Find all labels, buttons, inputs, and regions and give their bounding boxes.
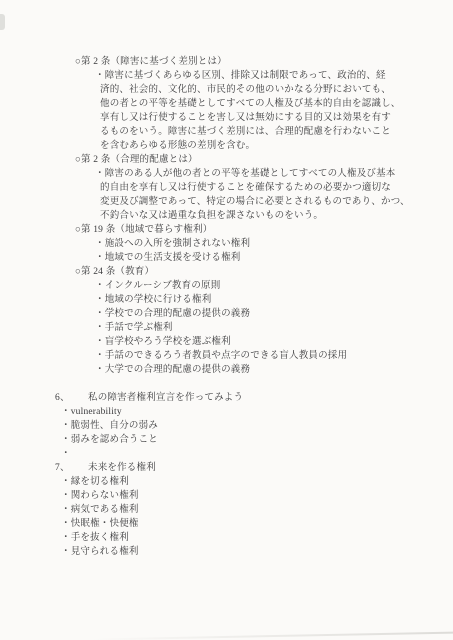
clause-text-line: 変更及び調整であって、特定の場合に必要とされるものであり、かつ、: [75, 195, 425, 209]
scanned-document-page: ○第 2 条（障害に基づく差別とは） ・障害に基づくあらゆる区別、排除又は制限で…: [0, 0, 453, 640]
section-bullet-line: ・手を抜く権利: [55, 531, 425, 545]
clause-text-line: を含むあらゆる形態の差別を含む。: [75, 139, 425, 153]
clause-text-line: 的自由を享有し又は行使することを確保するための必要かつ適切な: [75, 181, 425, 195]
clause-text-line: 他の者との平等を基礎としてすべての人権及び基本的自由を認識し、: [75, 97, 425, 111]
scan-artifact-left-edge: [0, 14, 5, 30]
clause-bullet-line: ・大学での合理的配慮の提供の義務: [75, 363, 425, 377]
section-bullet-line: ・病気である権利: [55, 503, 425, 517]
section-bullet-line: ・脆弱性、自分の弱み: [55, 419, 425, 433]
clause-bullet-line: ・地域での生活支援を受ける権利: [75, 251, 425, 265]
section-title: 私の障害者権利宣言を作ってみよう: [88, 393, 243, 403]
clause-text-line: 不釣合いな又は過重な負担を課さないものをいう。: [75, 209, 425, 223]
section-7-rights-to-make-future: 7、未来を作る権利 ・縁を切る権利 ・関わらない権利 ・病気である権利 ・快眠権…: [55, 461, 425, 559]
section-bullet-line: ・快眠権・快便権: [55, 517, 425, 531]
clause-text-line: 済的、社会的、文化的、市民的その他のいかなる分野においても、: [75, 83, 425, 97]
clause-bullet-line: ・手話のできるろう者教員や点字のできる盲人教員の採用: [75, 349, 425, 363]
section-number: 6、: [55, 391, 88, 405]
clause-bullet-line: ・インクルーシブ教育の原則: [75, 279, 425, 293]
clause-bullet-line: ・地域の学校に行ける権利: [75, 293, 425, 307]
section-bullet-line: ・弱みを認め合うこと: [55, 433, 425, 447]
section-bullet-line: ・見守られる権利: [55, 545, 425, 559]
clause-article-19-community-living: ○第 19 条（地域で暮らす権利） ・施設への入所を強制されない権利 ・地域での…: [55, 223, 425, 265]
clause-article-2-discrimination: ○第 2 条（障害に基づく差別とは） ・障害に基づくあらゆる区別、排除又は制限で…: [55, 55, 425, 153]
document-text-block: ○第 2 条（障害に基づく差別とは） ・障害に基づくあらゆる区別、排除又は制限で…: [55, 55, 425, 559]
section-heading: 6、私の障害者権利宣言を作ってみよう: [55, 391, 425, 405]
clause-text-line: ・障害のある人が他の者との平等を基礎としてすべての人権及び基本: [75, 167, 425, 181]
clause-bullet-line: ・手話で学ぶ権利: [75, 321, 425, 335]
clause-bullet-line: ・学校での合理的配慮の提供の義務: [75, 307, 425, 321]
section-bullet-line: ・: [55, 447, 425, 461]
clause-text-line: るものをいう。障害に基づく差別には、合理的配慮を行わないこと: [75, 125, 425, 139]
clause-bullet-line: ・施設への入所を強制されない権利: [75, 237, 425, 251]
clause-text-line: 享有し又は行使することを害し又は無効にする目的又は効果を有す: [75, 111, 425, 125]
clause-article-24-education: ○第 24 条（教育） ・インクルーシブ教育の原則 ・地域の学校に行ける権利 ・…: [55, 265, 425, 377]
clause-header: ○第 2 条（障害に基づく差別とは）: [75, 55, 425, 69]
clause-bullet-line: ・盲学校やろう学校を選ぶ権利: [75, 335, 425, 349]
section-title: 未来を作る権利: [88, 463, 156, 473]
clause-header: ○第 19 条（地域で暮らす権利）: [75, 223, 425, 237]
clause-text-line: ・障害に基づくあらゆる区別、排除又は制限であって、政治的、経: [75, 69, 425, 83]
clause-article-2-reasonable-accommodation: ○第 2 条（合理的配慮とは） ・障害のある人が他の者との平等を基礎としてすべて…: [55, 153, 425, 223]
section-heading: 7、未来を作る権利: [55, 461, 425, 475]
section-number: 7、: [55, 461, 88, 475]
section-bullet-line: ・関わらない権利: [55, 489, 425, 503]
section-bullet-line: ・縁を切る権利: [55, 475, 425, 489]
clause-header: ○第 2 条（合理的配慮とは）: [75, 153, 425, 167]
section-bullet-line: ・vulnerability: [55, 405, 425, 419]
section-6-my-rights-declaration: 6、私の障害者権利宣言を作ってみよう ・vulnerability ・脆弱性、自…: [55, 391, 425, 461]
scan-artifact-bottom-edge: [91, 631, 453, 640]
clause-header: ○第 24 条（教育）: [75, 265, 425, 279]
